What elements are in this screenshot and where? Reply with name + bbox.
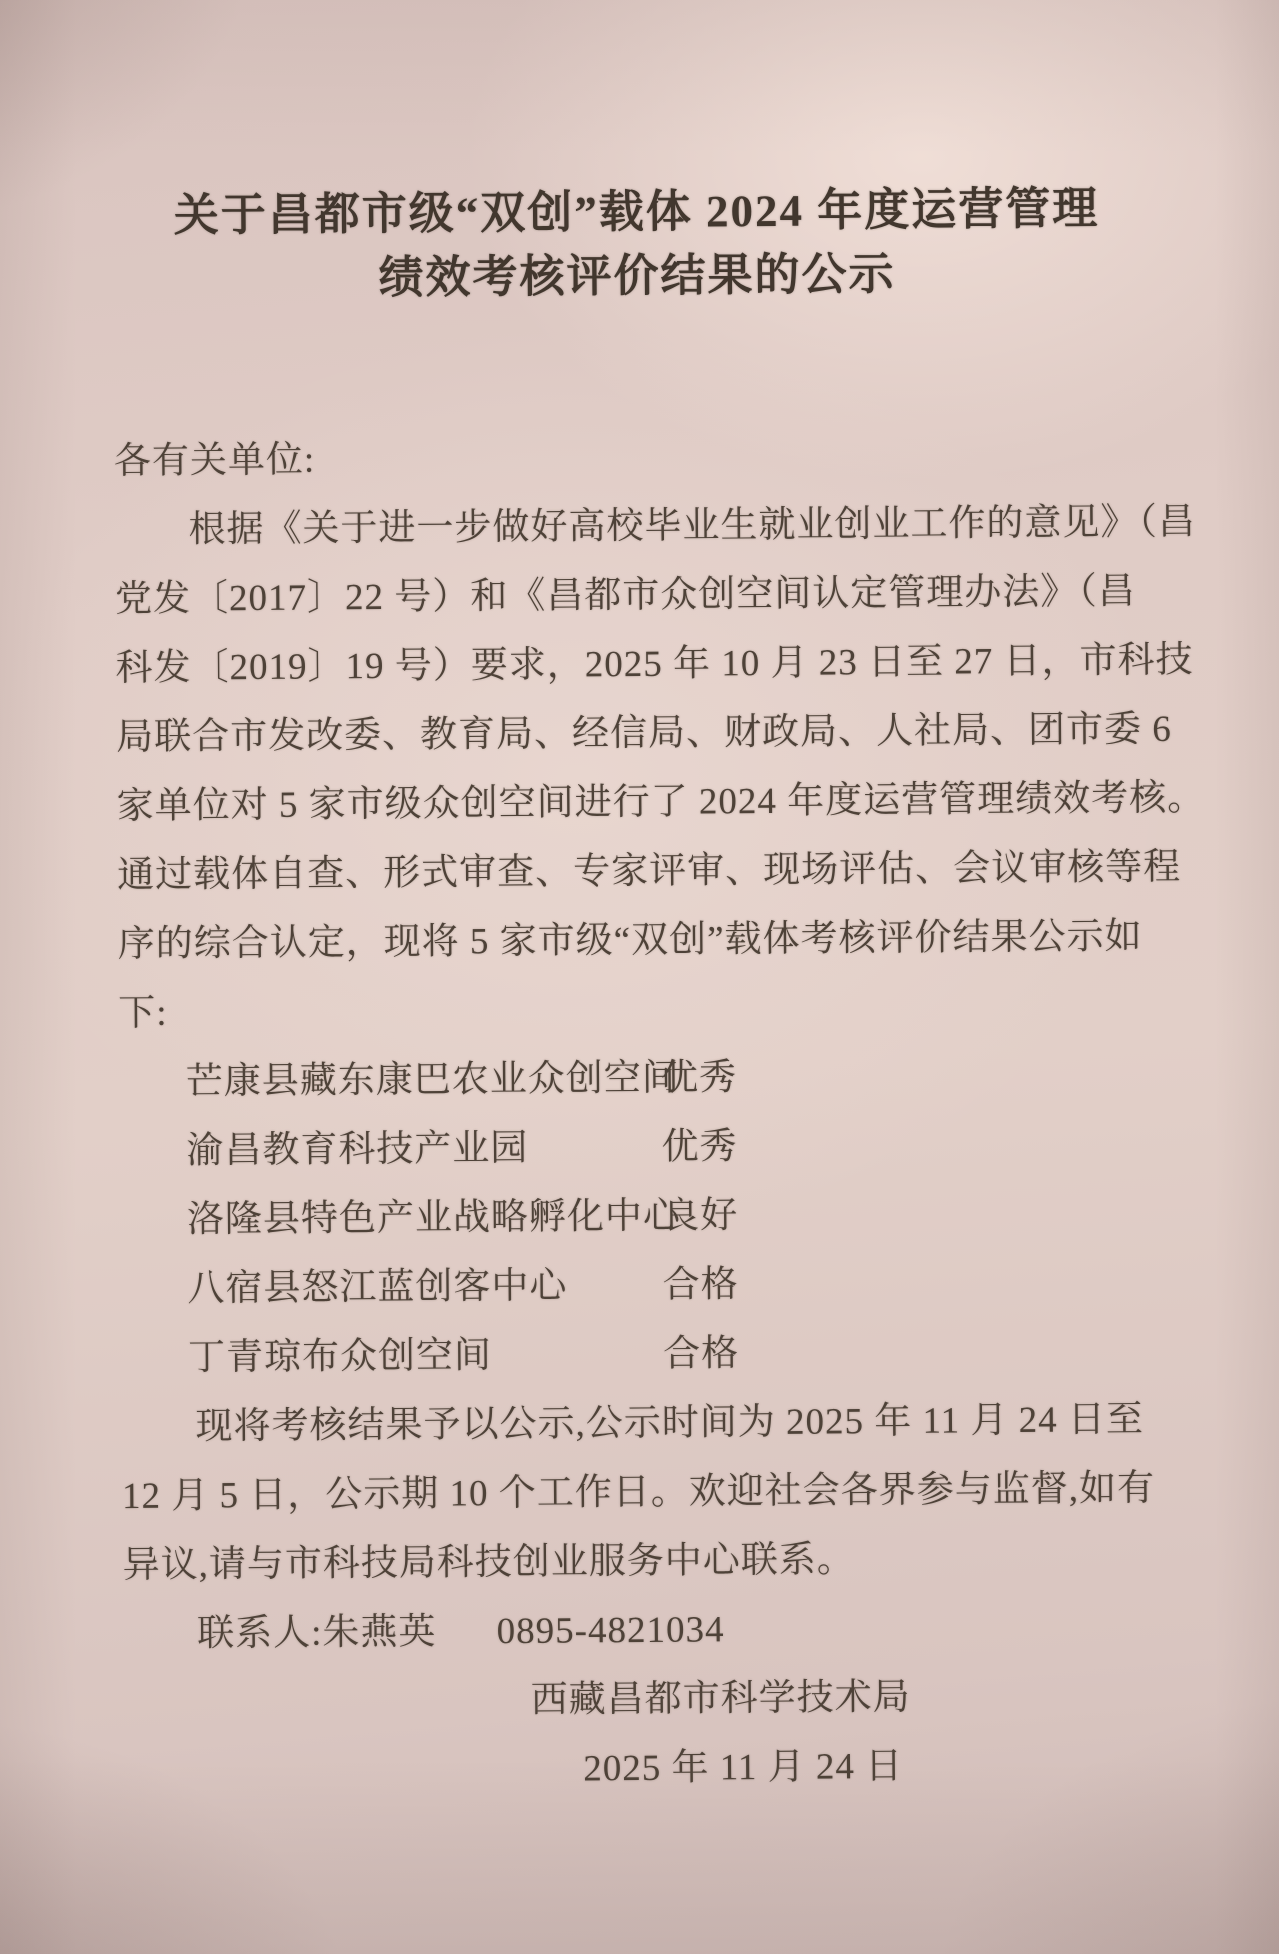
paragraph1-line-7: 序的综合认定，现将 5 家市级“双创”载体考核评价结果公示如 — [117, 902, 1167, 979]
title-line-2: 绩效考核评价结果的公示 — [112, 240, 1161, 312]
paragraph1-line-8: 下: — [118, 971, 1168, 1048]
result-row: 渝昌教育科技产业园 优秀 — [119, 1109, 1169, 1186]
result-name: 洛隆县特色产业战略孵化中心 — [187, 1182, 653, 1255]
result-name: 丁青琼布众创空间 — [188, 1320, 654, 1393]
title-line-1: 关于昌都市级“双创”载体 2024 年度运营管理 — [112, 176, 1161, 248]
paragraph1-line-4: 局联合市发改委、教育局、经信局、财政局、人社局、团市委 6 — [116, 695, 1166, 772]
paragraph1-line-2: 党发〔2017〕22 号）和《昌都市众创空间认定管理办法》（昌 — [115, 557, 1165, 634]
result-row: 八宿县怒江蓝创客中心 合格 — [120, 1247, 1170, 1324]
signature-org: 西藏昌都市科学技术局 — [123, 1661, 1173, 1738]
paragraph1-line-3: 科发〔2019〕19 号）要求，2025 年 10 月 23 日至 27 日，市… — [115, 626, 1165, 703]
document-body: 各有关单位: 根据《关于进一步做好高校毕业生就业创业工作的意见》（昌 党发〔20… — [114, 419, 1174, 1807]
paragraph2-line-3: 异议,请与市科技局科技创业服务中心联系。 — [122, 1523, 1172, 1600]
result-row: 丁青琼布众创空间 合格 — [121, 1316, 1171, 1393]
result-row: 芒康县藏东康巴农业众创空间 优秀 — [119, 1040, 1169, 1117]
result-rating: 合格 — [663, 1319, 740, 1389]
document-title: 关于昌都市级“双创”载体 2024 年度运营管理 绩效考核评价结果的公示 — [112, 176, 1162, 312]
result-rating: 合格 — [662, 1250, 739, 1320]
contact-person: 联系人:朱燕英 — [197, 1612, 437, 1655]
paragraph1-line-5: 家单位对 5 家市级众创空间进行了 2024 年度运营管理绩效考核。 — [116, 764, 1166, 841]
result-name: 渝昌教育科技产业园 — [186, 1113, 652, 1186]
result-rating: 良好 — [662, 1181, 739, 1251]
paragraph2-line-2: 12 月 5 日，公示期 10 个工作日。欢迎社会各界参与监督,如有 — [122, 1454, 1172, 1531]
contact-line: 联系人:朱燕英 0895-4821034 — [123, 1592, 1173, 1669]
salutation: 各有关单位: — [114, 419, 1164, 496]
photographed-document-page: 关于昌都市级“双创”载体 2024 年度运营管理 绩效考核评价结果的公示 各有关… — [0, 0, 1279, 1954]
result-rating: 优秀 — [661, 1112, 738, 1182]
result-name: 八宿县怒江蓝创客中心 — [187, 1251, 653, 1324]
contact-phone: 0895-4821034 — [497, 1609, 725, 1652]
paragraph1-line-6: 通过载体自查、形式审查、专家评审、现场评估、会议审核等程 — [117, 833, 1167, 910]
document-sheet: 关于昌都市级“双创”载体 2024 年度运营管理 绩效考核评价结果的公示 各有关… — [0, 0, 1279, 1954]
result-row: 洛隆县特色产业战略孵化中心 良好 — [120, 1178, 1170, 1255]
signature-date: 2025 年 11 月 24 日 — [124, 1730, 1174, 1807]
paragraph2-line-1: 现将考核结果予以公示,公示时间为 2025 年 11 月 24 日至 — [121, 1385, 1171, 1462]
results-list: 芒康县藏东康巴农业众创空间 优秀 渝昌教育科技产业园 优秀 洛隆县特色产业战略孵… — [119, 1040, 1171, 1393]
result-rating: 优秀 — [661, 1043, 738, 1113]
result-name: 芒康县藏东康巴农业众创空间 — [186, 1044, 652, 1117]
paragraph1-line-1: 根据《关于进一步做好高校毕业生就业创业工作的意见》（昌 — [114, 488, 1164, 565]
